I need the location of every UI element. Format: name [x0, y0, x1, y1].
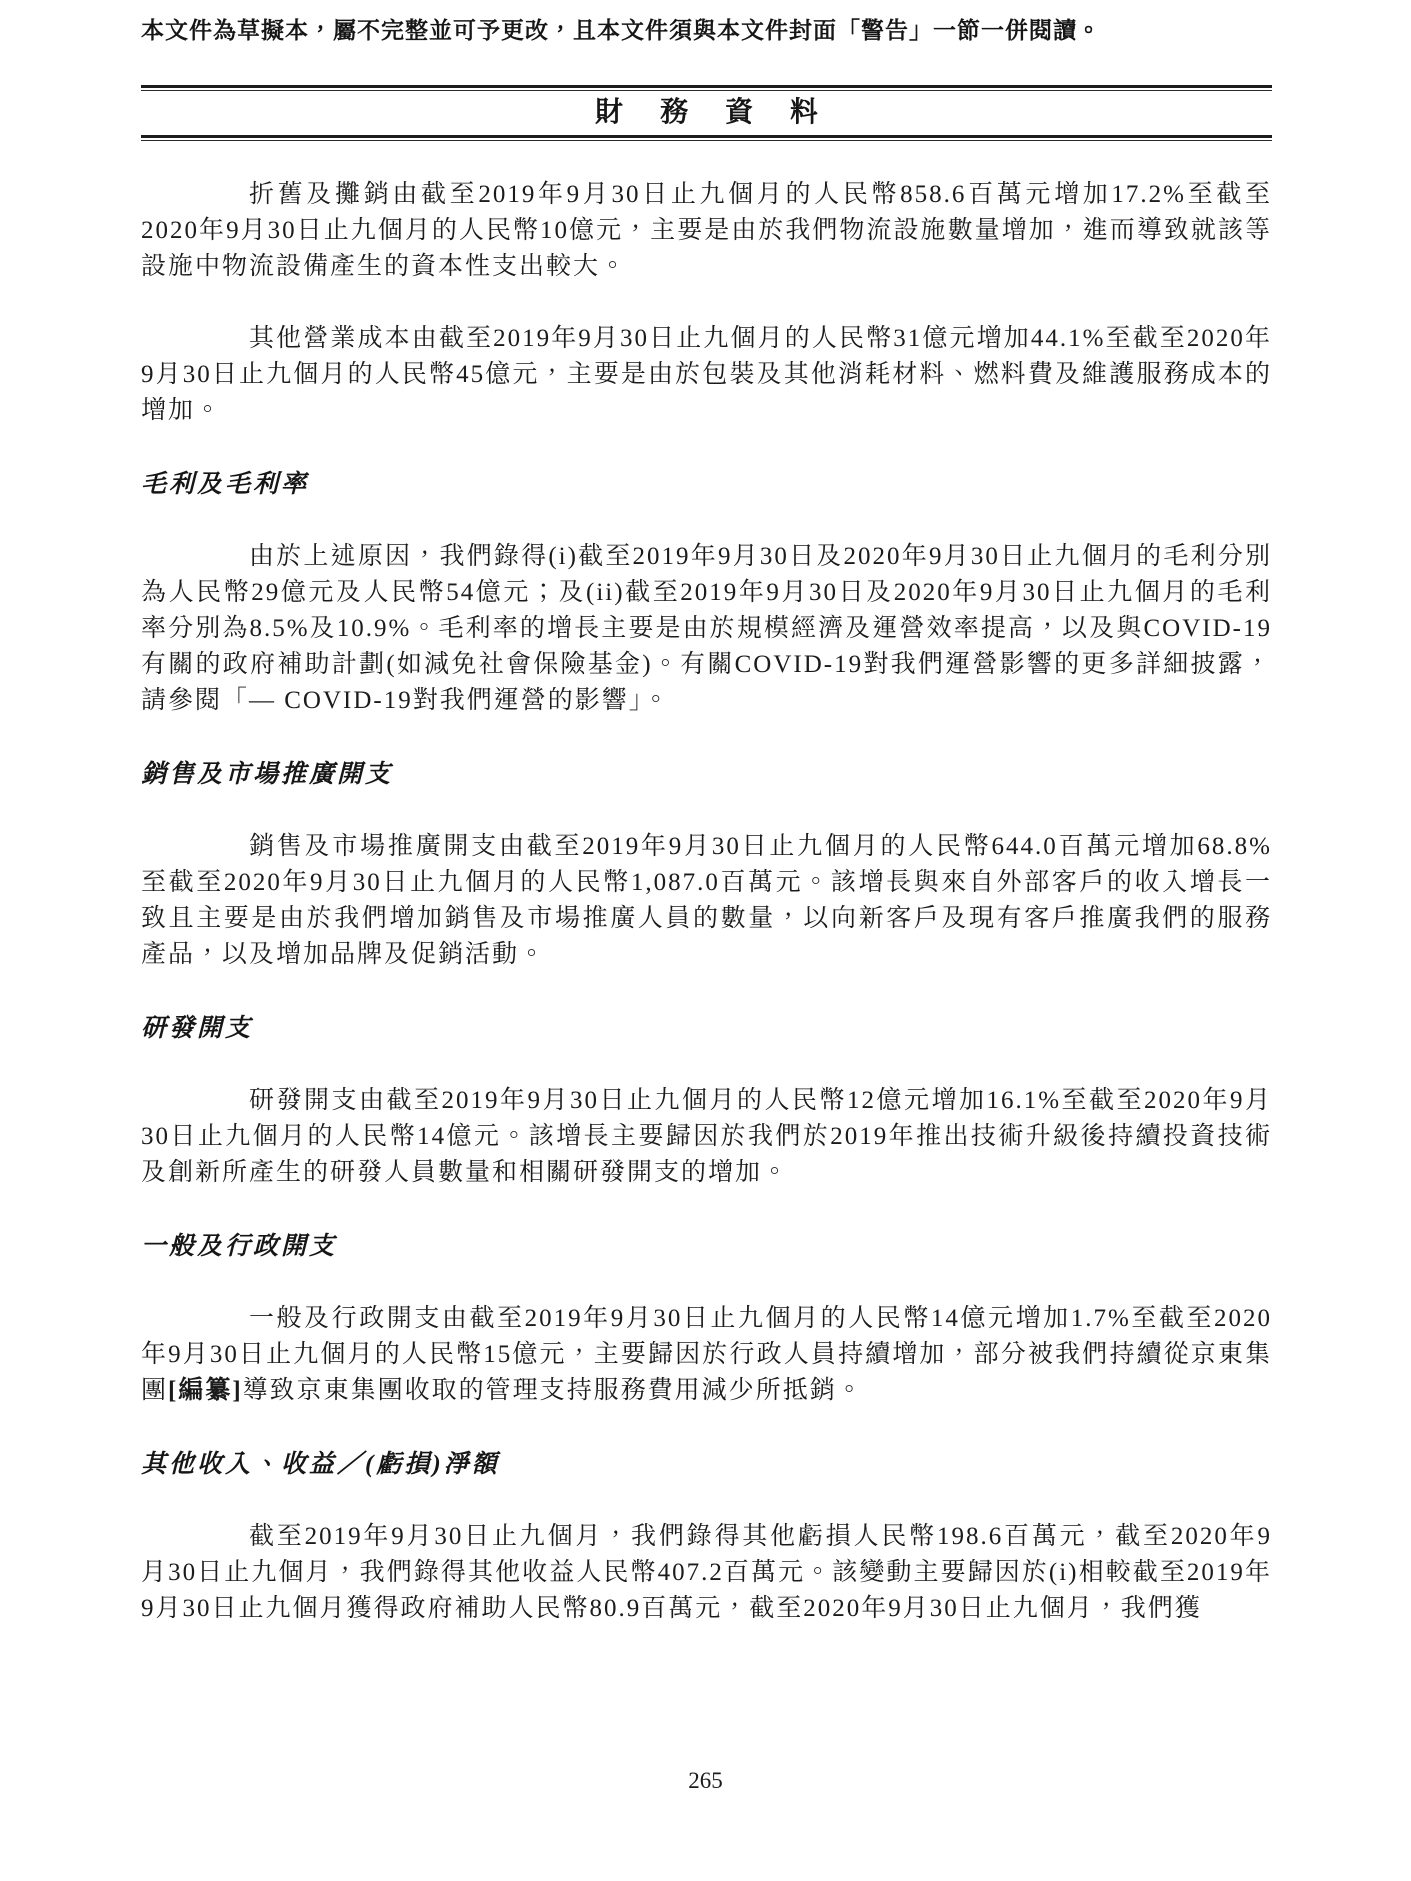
title-rule-bottom [141, 135, 1272, 141]
draft-disclaimer: 本文件為草擬本，屬不完整並可予更改，且本文件須與本文件封面「警告」一節一併閱讀。 [141, 0, 1272, 47]
body-paragraph: 銷售及市場推廣開支由截至2019年9月30日止九個月的人民幣644.0百萬元增加… [141, 829, 1272, 973]
page-title: 財 務 資 料 [141, 91, 1272, 135]
body-paragraph: 研發開支由截至2019年9月30日止九個月的人民幣12億元增加16.1%至截至2… [141, 1083, 1272, 1191]
section-heading: 研發開支 [141, 1011, 1272, 1047]
redaction-marker: [編纂] [168, 1377, 243, 1404]
paragraph-text: 導致京東集團收取的管理支持服務費用減少所抵銷。 [243, 1377, 864, 1404]
body-paragraph: 一般及行政開支由截至2019年9月30日止九個月的人民幣14億元增加1.7%至截… [141, 1301, 1272, 1409]
section-heading: 毛利及毛利率 [141, 467, 1272, 503]
section-heading: 其他收入、收益／(虧損)淨額 [141, 1447, 1272, 1483]
section-heading: 一般及行政開支 [141, 1229, 1272, 1265]
document-body: 折舊及攤銷由截至2019年9月30日止九個月的人民幣858.6百萬元增加17.2… [141, 177, 1272, 1627]
body-paragraph: 折舊及攤銷由截至2019年9月30日止九個月的人民幣858.6百萬元增加17.2… [141, 177, 1272, 285]
content-area: 本文件為草擬本，屬不完整並可予更改，且本文件須與本文件封面「警告」一節一併閱讀。… [141, 0, 1272, 1627]
body-paragraph: 其他營業成本由截至2019年9月30日止九個月的人民幣31億元增加44.1%至截… [141, 321, 1272, 429]
body-paragraph: 由於上述原因，我們錄得(i)截至2019年9月30日及2020年9月30日止九個… [141, 539, 1272, 719]
title-block: 財 務 資 料 [141, 85, 1272, 141]
page-number: 265 [0, 1766, 1411, 1796]
body-paragraph: 截至2019年9月30日止九個月，我們錄得其他虧損人民幣198.6百萬元，截至2… [141, 1519, 1272, 1627]
page: 本文件為草擬本，屬不完整並可予更改，且本文件須與本文件封面「警告」一節一併閱讀。… [0, 0, 1411, 1881]
section-heading: 銷售及市場推廣開支 [141, 757, 1272, 793]
